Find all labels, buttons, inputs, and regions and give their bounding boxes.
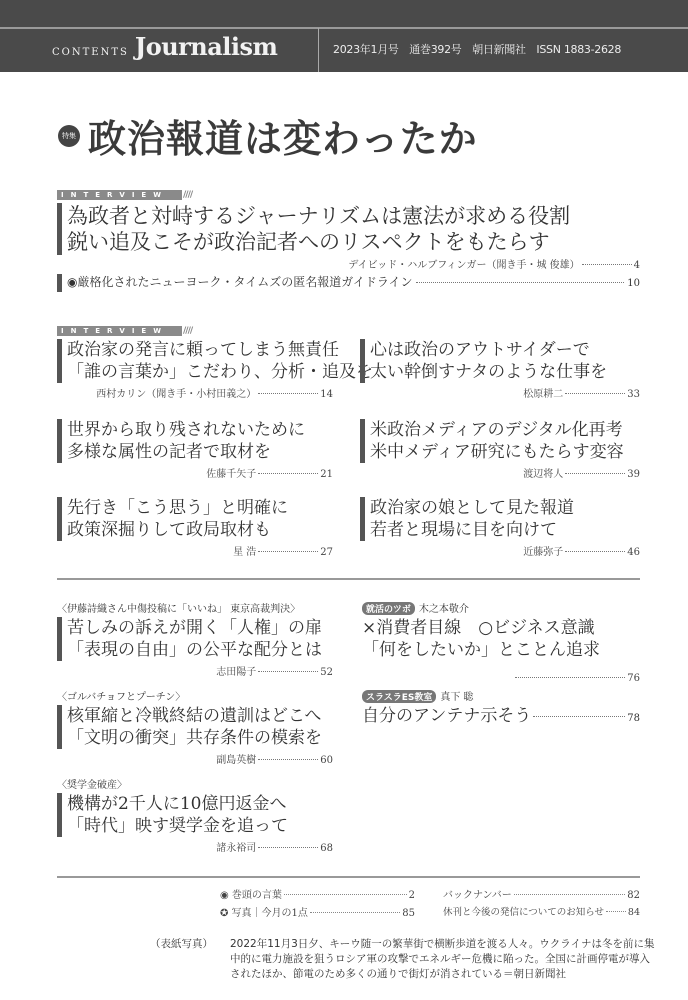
page-number: 14	[320, 389, 333, 400]
caption-text: 2022年11月3日夕、キーウ随一の繁華街で横断歩道を渡る人々。ウクライナは冬を…	[230, 937, 660, 982]
page-number: 10	[627, 276, 640, 292]
magazine-title: Journalism	[135, 32, 278, 61]
feature-title: 政治報道は変わったか	[88, 108, 478, 163]
author: 佐藤千矢子	[206, 465, 256, 480]
section-divider	[57, 876, 640, 878]
column-entry[interactable]: 就活のツボ木之本敬介 ×消費者目線 ○ビジネス意識「何をしたいか」とことん追求 …	[362, 600, 640, 684]
interview-label: INTERVIEW////	[57, 190, 197, 200]
interview-entry[interactable]: 先行き「こう思う」と明確に政策深掘りして政局取材も 星 浩27	[57, 497, 333, 558]
column-entry[interactable]: スラスラES教室真下 聡 自分のアンテナ示そう 78	[362, 688, 640, 730]
author: 松原耕二	[523, 385, 563, 400]
interview-entry[interactable]: 政治家の発言に頼ってしまう無責任「誰の言葉か」こだわり、分析・追及を 西村カリン…	[57, 339, 333, 400]
page-number: 27	[320, 547, 333, 558]
header-rule	[0, 27, 688, 29]
lead-interview[interactable]: 為政者と対峙するジャーナリズムは憲法が求める役割 鋭い追及こそが政治記者へのリス…	[57, 203, 640, 292]
masthead: CONTENTS Journalism	[52, 32, 277, 61]
page-number: 76	[627, 673, 640, 684]
author: 諸永裕司	[216, 839, 256, 854]
sub-article: ◉厳格化されたニューヨーク・タイムズの匿名報道ガイドライン	[67, 274, 413, 290]
caption-label: （表紙写真）	[150, 937, 213, 952]
issue-info: 2023年1月号 通巻392号 朝日新聞社 ISSN 1883-2628	[333, 41, 621, 57]
section-divider	[57, 578, 640, 580]
misc-item[interactable]: ◉ 巻頭の言葉2	[220, 886, 415, 901]
page-number: 68	[320, 843, 333, 854]
column-badge: スラスラES教室	[362, 690, 436, 703]
article-entry[interactable]: 〈奨学金破産〉 機構が2千人に10億円返金へ「時代」映す奨学金を追って 諸永裕司…	[57, 776, 333, 854]
article-kicker: 〈伊藤詩織さん中傷投稿に「いいね」 東京高裁判決〉	[57, 600, 333, 615]
feature-badge: 特集	[58, 125, 80, 147]
page-number: 21	[320, 469, 333, 480]
header-divider	[318, 28, 319, 72]
author: 真下 聡	[440, 692, 473, 703]
author: デイビッド・ハルブフィンガー（聞き手・城 俊雄）	[348, 256, 579, 271]
page-number: 60	[320, 755, 333, 766]
interview-entry[interactable]: 心は政治のアウトサイダーで太い幹倒すナタのような仕事を 松原耕二33	[360, 339, 640, 400]
author: 志田陽子	[216, 663, 256, 678]
article-kicker: 〈ゴルバチョフとプーチン〉	[57, 688, 333, 703]
cover-caption: （表紙写真） 2022年11月3日夕、キーウ随一の繁華街で横断歩道を渡る人々。ウ…	[150, 937, 660, 982]
page-number: 46	[627, 547, 640, 558]
contents-label: CONTENTS	[52, 47, 129, 58]
author: 西村カリン（聞き手・小村田義之）	[96, 385, 256, 400]
misc-item[interactable]: バックナンバー82	[443, 886, 640, 901]
article-kicker: 〈奨学金破産〉	[57, 776, 333, 791]
interview-entry[interactable]: 政治家の娘として見た報道若者と現場に目を向けて 近藤弥子46	[360, 497, 640, 558]
misc-item[interactable]: 休刊と今後の発信についてのお知らせ84	[443, 904, 640, 918]
author: 副島英樹	[216, 751, 256, 766]
author: 近藤弥子	[523, 543, 563, 558]
interview-label: INTERVIEW////	[57, 326, 197, 336]
page-number: 78	[627, 708, 640, 730]
misc-item[interactable]: ✪ 写真｜今月の1点85	[220, 904, 415, 919]
interview-entry[interactable]: 世界から取り残されないために多様な属性の記者で取材を 佐藤千矢子21	[57, 419, 333, 480]
column-badge: 就活のツボ	[362, 602, 415, 615]
page-number: 4	[634, 260, 640, 271]
page-number: 33	[627, 389, 640, 400]
page-number: 52	[320, 667, 333, 678]
header-band: CONTENTS Journalism 2023年1月号 通巻392号 朝日新聞…	[0, 0, 688, 72]
author: 渡辺将人	[523, 465, 563, 480]
interview-entry[interactable]: 米政治メディアのデジタル化再考米中メディア研究にもたらす変容 渡辺将人39	[360, 419, 640, 480]
page-number: 39	[627, 469, 640, 480]
article-entry[interactable]: 〈伊藤詩織さん中傷投稿に「いいね」 東京高裁判決〉 苦しみの訴えが開く「人権」の…	[57, 600, 333, 678]
headline-line: 鋭い追及こそが政治記者へのリスペクトをもたらす	[67, 229, 640, 255]
author: 星 浩	[233, 543, 256, 558]
feature-heading: 特集 政治報道は変わったか	[58, 108, 478, 163]
author: 木之本敬介	[419, 604, 469, 615]
headline-line: 為政者と対峙するジャーナリズムは憲法が求める役割	[67, 203, 640, 229]
article-entry[interactable]: 〈ゴルバチョフとプーチン〉 核軍縮と冷戦終結の遺訓はどこへ「文明の衝突」共存条件…	[57, 688, 333, 766]
